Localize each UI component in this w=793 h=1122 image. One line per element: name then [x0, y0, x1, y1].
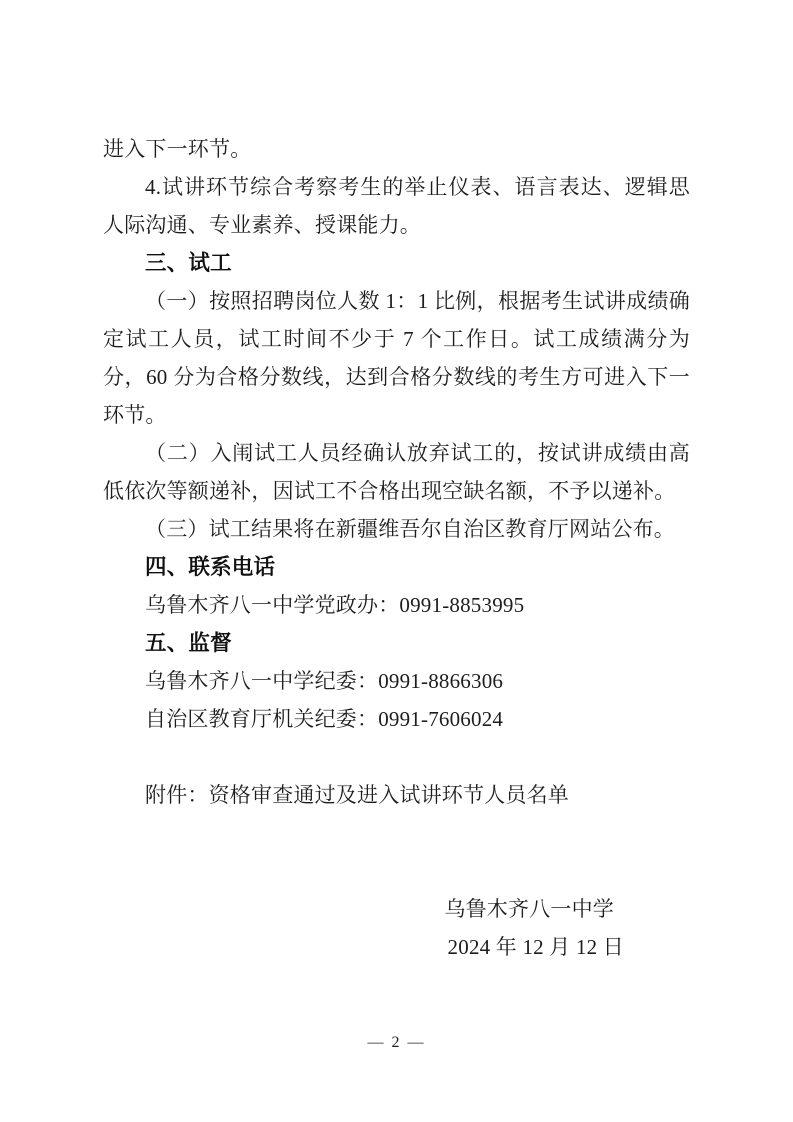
text-line: 附件：资格审查通过及进入试讲环节人员名单 [103, 776, 690, 814]
section-heading: 四、联系电话 [103, 548, 690, 586]
text-line: 低依次等额递补，因试工不合格出现空缺名额，不予以递补。 [103, 472, 690, 510]
blank-line [103, 852, 690, 890]
page-number: — 2 — [368, 1034, 426, 1051]
text-line: 进入下一环节。 [103, 130, 690, 168]
date-line: 2024 年 12 月 12 日 [103, 928, 690, 966]
text-line: 定试工人员，试工时间不少于 7 个工作日。试工成绩满分为 100 [103, 320, 690, 358]
blank-line [103, 814, 690, 852]
blank-line [103, 738, 690, 776]
text-line: 分，60 分为合格分数线，达到合格分数线的考生方可进入下一 [103, 358, 690, 396]
section-heading: 五、监督 [103, 624, 690, 662]
signature-line: 乌鲁木齐八一中学 [103, 890, 690, 928]
text-line: 人际沟通、专业素养、授课能力。 [103, 206, 690, 244]
text-line: 乌鲁木齐八一中学纪委：0991-8866306 [103, 662, 690, 700]
text-line: 乌鲁木齐八一中学党政办：0991-8853995 [103, 586, 690, 624]
page-footer: — 2 — [0, 1034, 793, 1052]
text-line: （一）按照招聘岗位人数 1：1 比例，根据考生试讲成绩确 [103, 282, 690, 320]
text-line: 4.试讲环节综合考察考生的举止仪表、语言表达、逻辑思维、 [103, 168, 690, 206]
section-heading: 三、试工 [103, 244, 690, 282]
text-line: （二）入闱试工人员经确认放弃试工的，按试讲成绩由高到 [103, 434, 690, 472]
text-line: 自治区教育厅机关纪委：0991-7606024 [103, 700, 690, 738]
text-line: 环节。 [103, 396, 690, 434]
text-line: （三）试工结果将在新疆维吾尔自治区教育厅网站公布。 [103, 510, 690, 548]
document-page: 进入下一环节。4.试讲环节综合考察考生的举止仪表、语言表达、逻辑思维、人际沟通、… [0, 0, 793, 1122]
document-lines: 进入下一环节。4.试讲环节综合考察考生的举止仪表、语言表达、逻辑思维、人际沟通、… [0, 0, 793, 966]
